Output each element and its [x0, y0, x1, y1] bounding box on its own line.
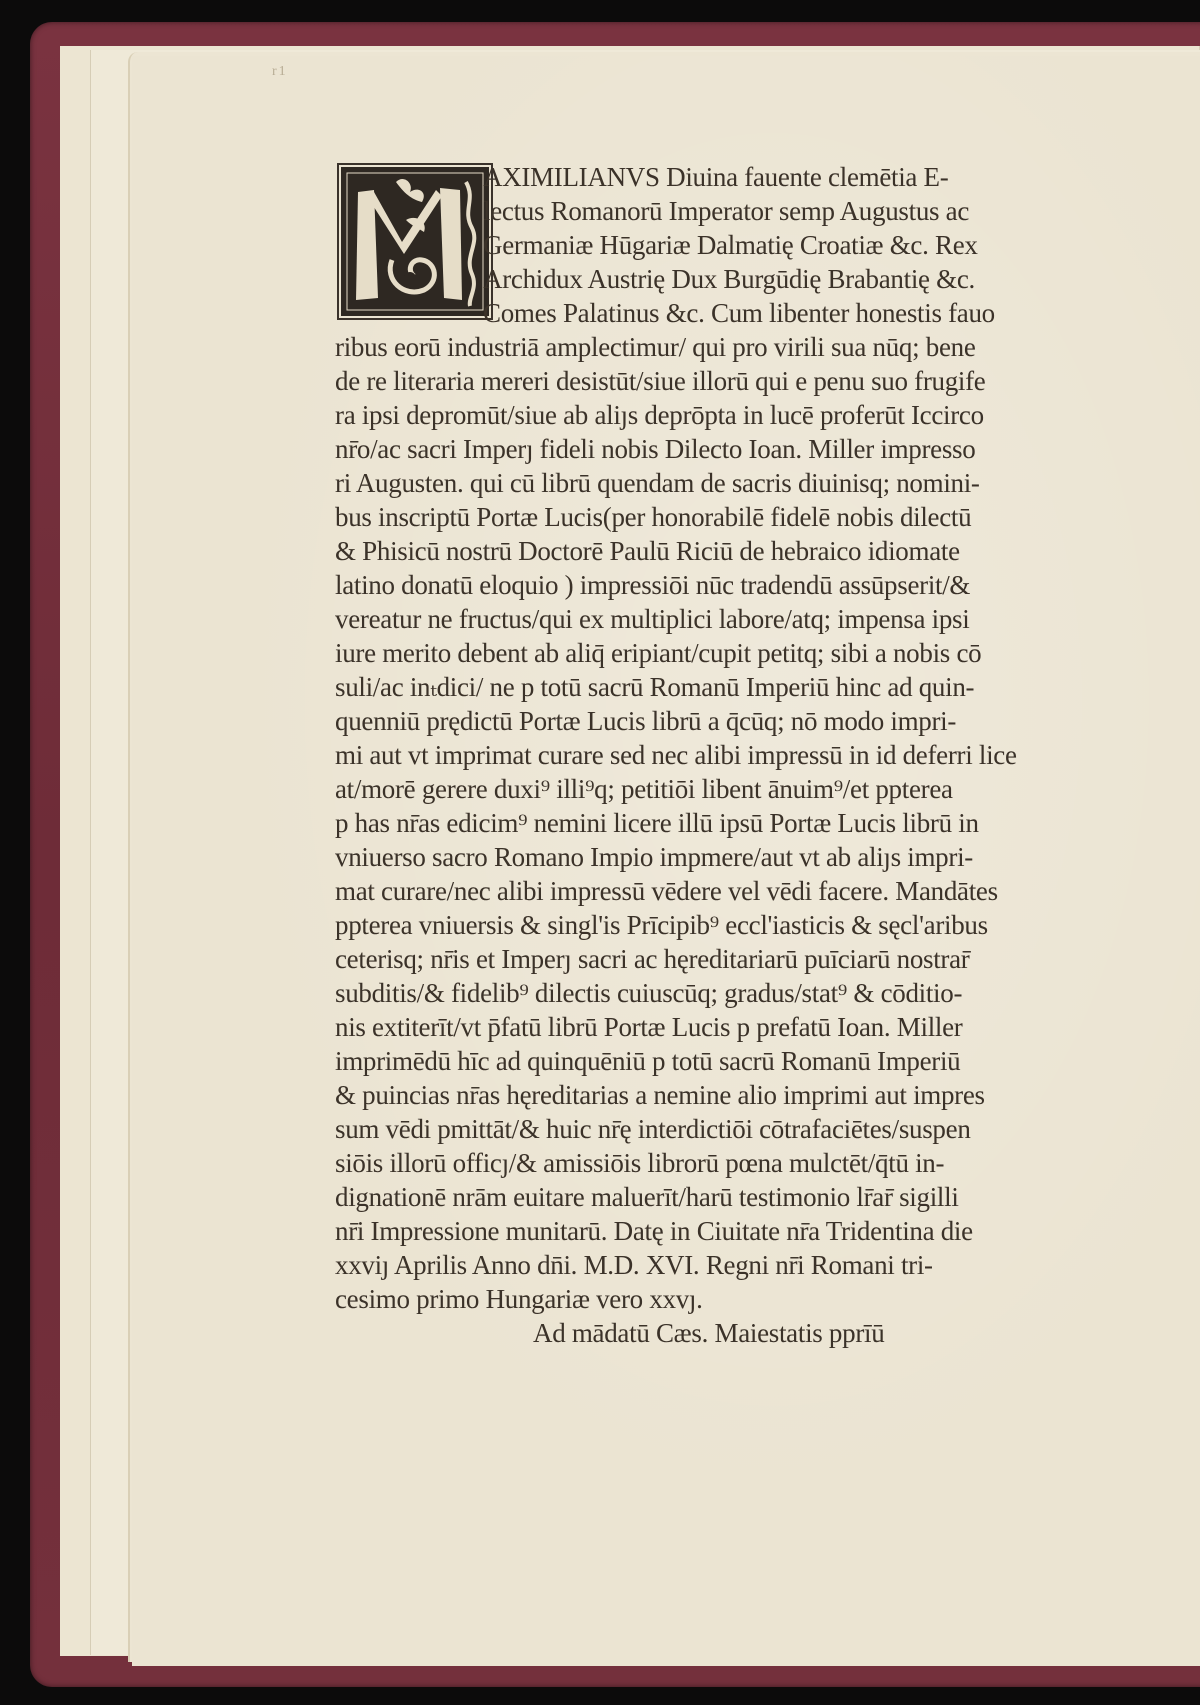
page-mark: r1: [272, 64, 288, 80]
text-line: mat curare/nec alibi impressū vēdere vel…: [335, 874, 998, 908]
text-line: suli/ac inₜdici/ ne p totū sacrū Romanū …: [335, 670, 974, 704]
text-line: ri Augusten. qui cū librū quendam de sac…: [335, 466, 980, 500]
text-line: bus inscriptū Portæ Lucis(per honorabilē…: [335, 500, 971, 534]
decorated-initial-m-icon: [341, 167, 489, 316]
text-line: AXIMILIANVS Diuina fauente clemētia E-: [483, 160, 948, 194]
text-line: mi aut vt imprimat curare sed nec alibi …: [335, 738, 1017, 772]
text-line: cesimo primo Hungariæ vero xxvȷ.: [335, 1282, 703, 1316]
text-line: ppterea vniuersis & singl'is Prīcipib⁹ e…: [335, 908, 988, 942]
text-line: & puincias nr̄as hęreditarias a nemine a…: [335, 1078, 985, 1112]
text-line: ra ipsi depromūt/siue ab aliȷs deprōpta …: [335, 398, 984, 432]
text-line: sum vēdi pmittāt/& huic nr̄ę interdictiō…: [335, 1112, 971, 1146]
text-line: de re literaria mereri desistūt/siue ill…: [335, 364, 985, 398]
text-line: Comes Palatinus &c. Cum libenter honesti…: [483, 296, 995, 330]
text-line: & Phisicū nostrū Doctorē Paulū Riciū de …: [335, 534, 960, 568]
text-line: iure merito debent ab aliq̄ eripiant/cup…: [335, 636, 981, 670]
text-line: Germaniæ Hūgariæ Dalmatię Croatiæ &c. Re…: [483, 228, 978, 262]
text-line: ceterisq; nr̄is et Imperȷ sacri ac hęred…: [335, 942, 970, 976]
text-line: p has nr̄as edicim⁹ nemini licere illū i…: [335, 806, 979, 840]
text-line: lectus Romanorū Imperator semp Augustus …: [483, 194, 969, 228]
text-line: dignationē nrām euitare maluerīt/harū te…: [335, 1180, 959, 1214]
text-line: nr̄o/ac sacri Imperȷ fideli nobis Dilect…: [335, 432, 975, 466]
text-line: vniuerso sacro Romano Impio impmere/aut …: [335, 840, 973, 874]
text-line: at/morē gerere duxi⁹ illi⁹q; petitiōi li…: [335, 772, 953, 806]
text-line: nr̄i Impressione munitarū. Datę in Ciuit…: [335, 1214, 973, 1248]
text-line: vereatur ne fructus/qui ex multiplici la…: [335, 602, 969, 636]
closing-line: Ad mādatū Cæs. Maiestatis pprīū: [533, 1316, 884, 1350]
text-line: Archidux Austrię Dux Burgūdię Brabantię …: [483, 262, 975, 296]
text-line: imprimēdū hīc ad quinquēniū p totū sacrū…: [335, 1044, 960, 1078]
text-line: nis extiterīt/vt p̄fatū librū Portæ Luci…: [335, 1010, 962, 1044]
text-line: quenniū prędictū Portæ Lucis librū a q̄c…: [335, 704, 956, 738]
text-line: siōis illorū officȷ/& amissiōis librorū …: [335, 1146, 944, 1180]
text-line: ribus eorū industriā amplectimur/ qui pr…: [335, 330, 976, 364]
text-line: latino donatū eloquio ) impressiōi nūc t…: [335, 568, 970, 602]
text-line: subditis/& fidelib⁹ dilectis cuiuscūq; g…: [335, 976, 962, 1010]
text-line: xxviȷ Aprilis Anno dn̄i. M.D. XVI. Regni…: [335, 1248, 933, 1282]
